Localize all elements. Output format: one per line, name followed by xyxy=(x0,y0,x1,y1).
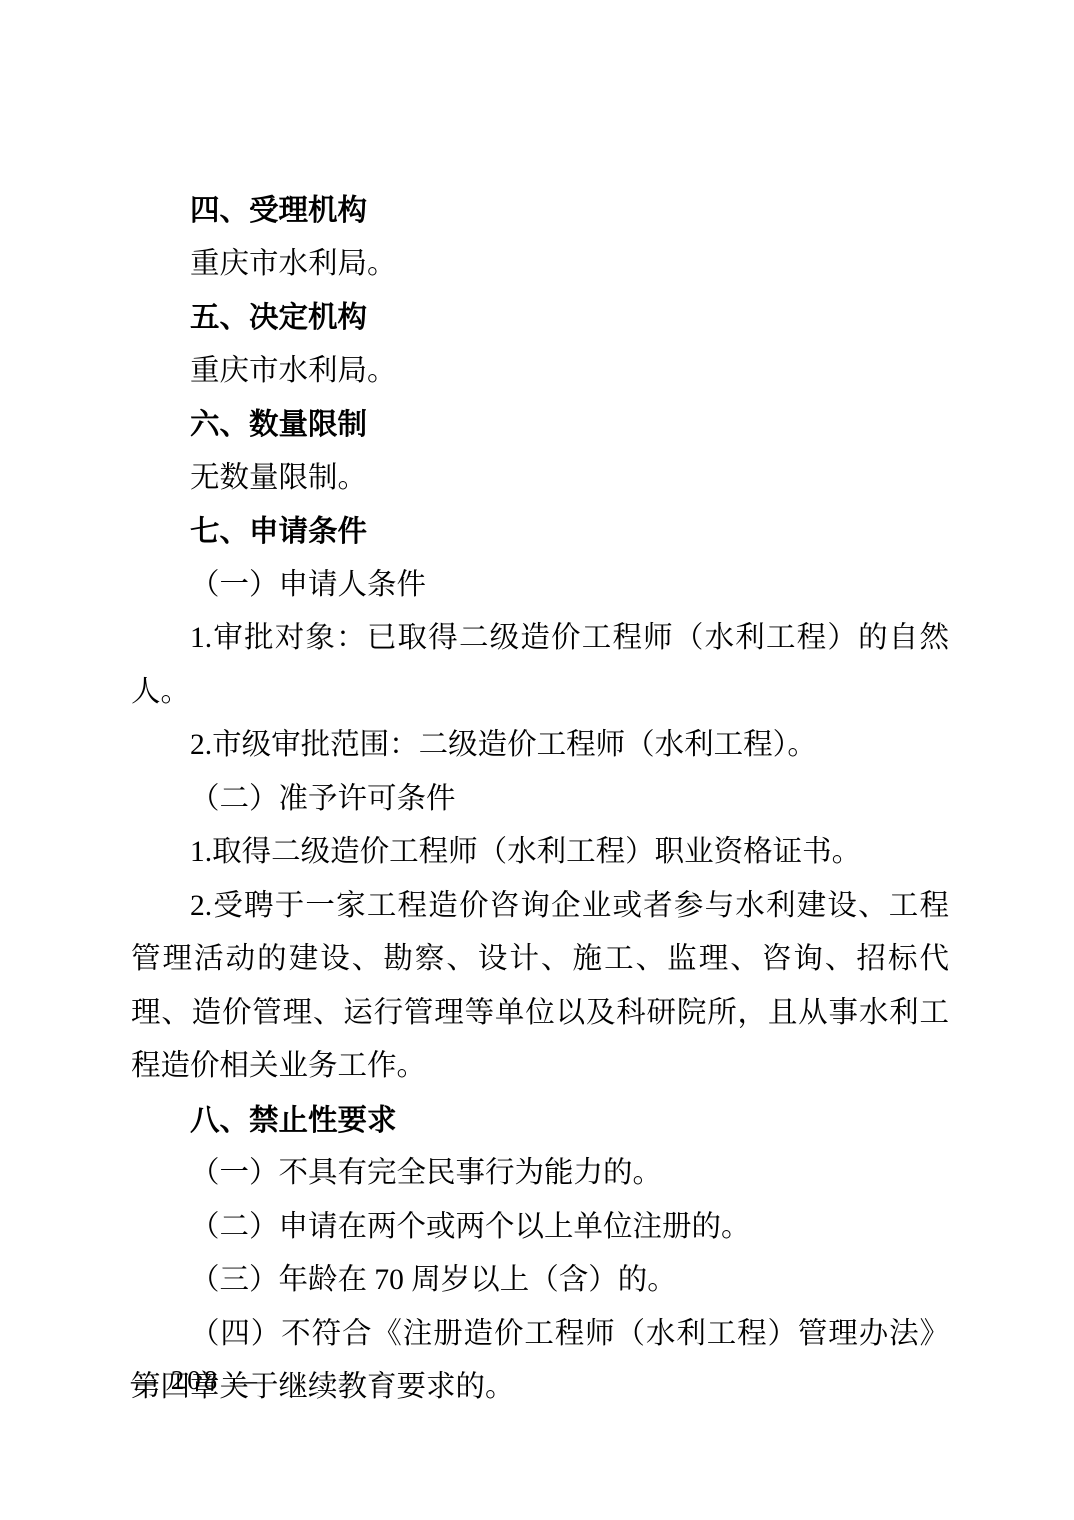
section-heading-quantity-limit: 六、数量限制 xyxy=(131,398,949,452)
document-content: 四、受理机构 重庆市水利局。 五、决定机构 重庆市水利局。 六、数量限制 无数量… xyxy=(131,184,949,1415)
paragraph-accepting-organ: 重庆市水利局。 xyxy=(131,238,949,292)
section-heading-deciding-organ: 五、决定机构 xyxy=(131,291,949,345)
paragraph-deciding-organ: 重庆市水利局。 xyxy=(131,345,949,399)
paragraph-multiple-registration: （二）申请在两个或两个以上单位注册的。 xyxy=(131,1201,949,1255)
paragraph-permit-conditions-subtitle: （二）准予许可条件 xyxy=(131,773,949,827)
section-heading-prohibitive-requirements: 八、禁止性要求 xyxy=(131,1094,949,1148)
paragraph-approval-target: 1.审批对象：已取得二级造价工程师（水利工程）的自然人。 xyxy=(131,612,949,719)
paragraph-applicant-conditions-subtitle: （一）申请人条件 xyxy=(131,559,949,613)
paragraph-city-approval-scope: 2.市级审批范围：二级造价工程师（水利工程）。 xyxy=(131,719,949,773)
document-page: 四、受理机构 重庆市水利局。 五、决定机构 重庆市水利局。 六、数量限制 无数量… xyxy=(0,0,1074,1520)
paragraph-civil-capacity: （一）不具有完全民事行为能力的。 xyxy=(131,1147,949,1201)
paragraph-quantity-limit: 无数量限制。 xyxy=(131,452,949,506)
paragraph-qualification-certificate: 1.取得二级造价工程师（水利工程）职业资格证书。 xyxy=(131,826,949,880)
section-heading-accepting-organ: 四、受理机构 xyxy=(131,184,949,238)
paragraph-continuing-education: （四）不符合《注册造价工程师（水利工程）管理办法》第四章关于继续教育要求的。 xyxy=(131,1308,949,1415)
paragraph-age-limit: （三）年龄在 70 周岁以上（含）的。 xyxy=(131,1254,949,1308)
paragraph-employment-requirement: 2.受聘于一家工程造价咨询企业或者参与水利建设、工程管理活动的建设、勘察、设计、… xyxy=(131,880,949,1094)
page-number: — 208 — xyxy=(131,1363,260,1397)
section-heading-application-conditions: 七、申请条件 xyxy=(131,505,949,559)
